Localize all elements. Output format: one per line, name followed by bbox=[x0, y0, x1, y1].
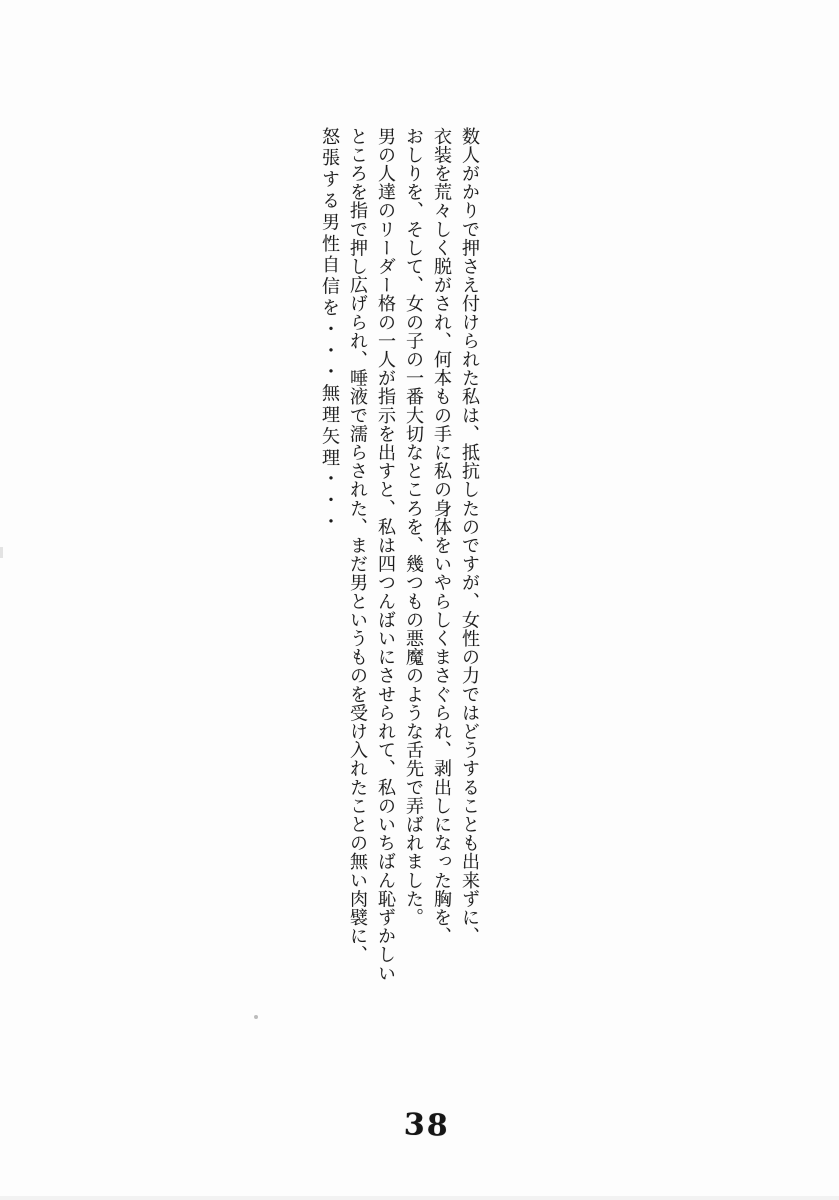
text-column-3: おしりを、そして、女の子の一番大切なところを、幾つもの悪魔のような舌先で弄ばれま… bbox=[400, 127, 428, 1007]
text-column-2: 衣装を荒々しく脱がされ、何本もの手に私の身体をいやらしくまさぐられ、剥出しになっ… bbox=[428, 127, 456, 1007]
page-bottom-edge bbox=[0, 1196, 839, 1200]
text-column-4: 男の人達のリーダー格の一人が指示を出すと、私は四つんばいにさせられて、私のいちば… bbox=[372, 127, 400, 1007]
text-column-6: 怒張する男性自信を・・・無理矢理・・・ bbox=[316, 127, 344, 1007]
text-column-5: ところを指で押し広げられ、唾液で濡らされた、まだ男というものを受け入れたことの無… bbox=[344, 127, 372, 1007]
scanned-page: 数人がかりで押さえ付けられた私は、抵抗したのですが、女性の力ではどうすることも出… bbox=[0, 0, 839, 1200]
page-number: 38 bbox=[403, 1107, 450, 1144]
text-column-1: 数人がかりで押さえ付けられた私は、抵抗したのですが、女性の力ではどうすることも出… bbox=[456, 127, 484, 1007]
scan-edge-mark bbox=[0, 547, 3, 558]
scan-artifact-dot bbox=[254, 1015, 258, 1019]
vertical-text-block: 数人がかりで押さえ付けられた私は、抵抗したのですが、女性の力ではどうすることも出… bbox=[316, 127, 484, 1007]
